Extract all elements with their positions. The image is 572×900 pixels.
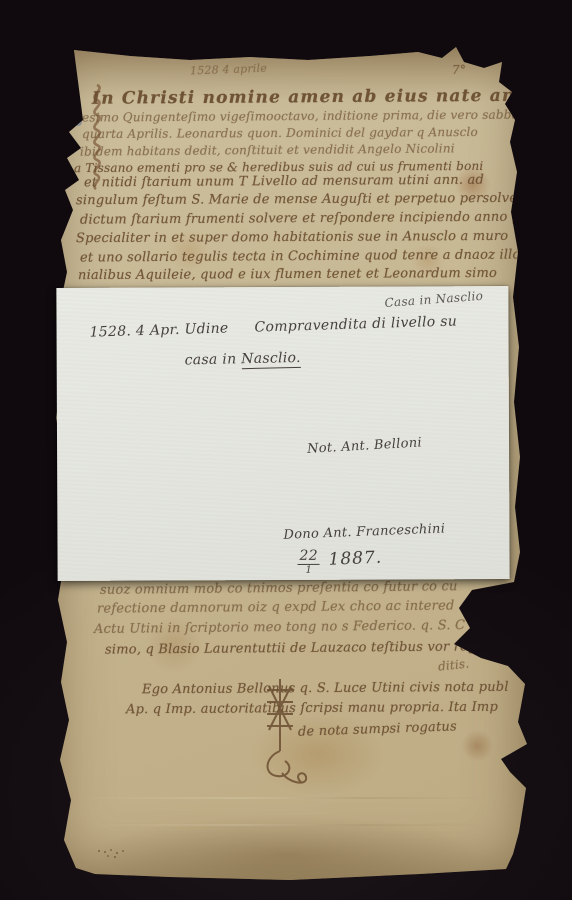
slip-date-place: 1528. 4 Apr. Udine: [89, 320, 228, 341]
slip-subject: Compravendita di livello su: [254, 313, 457, 336]
manuscript-line: nialibus Aquileie, quod e iux flumen ten…: [78, 267, 497, 283]
slip-date-fraction: 22 1: [298, 549, 321, 576]
ink-specks: [98, 850, 100, 852]
manuscript-line: singulum feſtum S. Marie de mense Auguſt…: [76, 192, 534, 209]
photo-stage: 1528 4 aprile 7° In Christi nomine amen …: [0, 0, 572, 900]
manuscript-header-date: 1528 4 aprile: [190, 63, 267, 78]
folio-number: 7°: [452, 64, 466, 77]
manuscript-line: quarta Aprilis. Leonardus quon. Dominici…: [82, 126, 478, 141]
manuscript-line-fragment: ditis.: [437, 657, 470, 673]
manuscript-line: Specialiter in et super domo habitationi…: [76, 230, 508, 247]
archivist-slip: Casa in Nasclio 1528. 4 Apr. Udine Compr…: [56, 286, 509, 581]
manuscript-line: et uno sollario tegulis tecta in Cochimi…: [80, 248, 521, 265]
manuscript-line: Actu Utini in ſcriptorio meo tong no s F…: [94, 619, 465, 637]
slip-date-day: 22: [298, 549, 320, 565]
slip-title-line: 1528. 4 Apr. Udine Compravendita di live…: [89, 313, 457, 341]
slip-date-year: 1887.: [329, 548, 383, 570]
manuscript-line: et nitidi ſtarium unum T Livello ad mens…: [84, 174, 484, 191]
slip-provenance: Dono Ant. Franceschini: [283, 521, 445, 543]
slip-subject-line2: casa in Nasclio.: [185, 350, 301, 369]
slip-notary-signature: Not. Ant. Belloni: [307, 435, 423, 457]
parchment-crease: [80, 824, 488, 826]
manuscript-line: lesimo Quingenteſimo vigeſimooctavo, ind…: [78, 108, 528, 124]
notarial-subscription-line: Ego Antonius Bellonus q. S. Luce Utini c…: [142, 681, 509, 698]
manuscript-line: suoz omnium mob co tnimos preſentia co f…: [100, 580, 458, 598]
notarial-subscription-line: Ap. q Imp. auctoritatibus ſcripsi manu p…: [126, 701, 498, 718]
manuscript-line: In Christi nomine amen ab eius nate anno…: [92, 86, 572, 108]
slip-subject-prefix: casa in: [185, 351, 242, 368]
parchment-crease: [80, 797, 488, 799]
slip-annotation-location: Casa in Nasclio: [384, 289, 484, 311]
slip-date-month: 1: [305, 565, 312, 576]
manuscript-line: ibidem habitans dedit, conſtituit et ven…: [80, 142, 455, 158]
manuscript-line: dictum ſtarium frumenti solvere et reſpo…: [80, 210, 552, 228]
slip-dateline: 22 1 1887.: [298, 549, 383, 576]
manuscript-line: refectione damnorum oiz q expd Lex chco …: [97, 599, 455, 616]
manuscript-line: simo, q Blasio Laurentuttii de Lauzaco t…: [105, 640, 477, 658]
slip-place-underlined: Nasclio.: [241, 350, 301, 369]
notarial-subscription-line: de nota sumpsi rogatus: [298, 720, 457, 740]
